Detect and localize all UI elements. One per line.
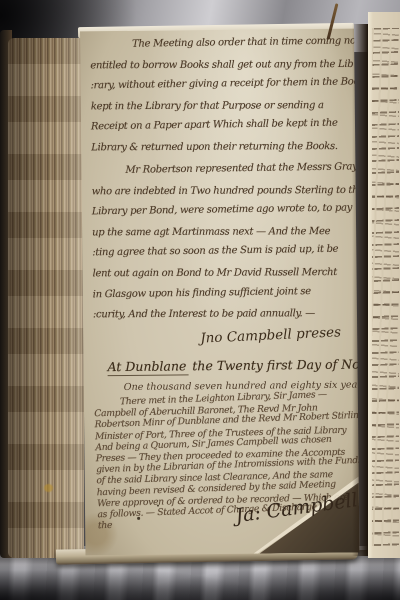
manuscript-line: in Glasgow upon his finding sufficient j…: [93, 281, 355, 305]
manuscript-line: Receipt on a Paper apart Which shall be …: [91, 114, 353, 138]
manuscript-line: :curity, And the Interest to be paid ann…: [93, 304, 355, 326]
manuscript-line: Mr Robertson represented that the Messrs…: [91, 157, 353, 181]
manuscript-line: Library per Bond, were sometime ago wrot…: [92, 199, 354, 223]
manuscript-line: Library & returned upon their returning …: [91, 137, 353, 159]
page-gutter: [352, 24, 368, 556]
minute-entry1-paragraph2: Mr Robertson represented that the Messrs…: [91, 159, 355, 326]
manuscript-line: :rary, without either giving a receipt f…: [90, 73, 352, 97]
minute-entry1-paragraph1: The Meeting also order that in time comi…: [90, 33, 353, 159]
entry-date-heading: At Dunblanethe Twenty first Day of Nov: [107, 356, 359, 374]
manuscript-page: The Meeting also order that in time comi…: [80, 29, 359, 556]
ink-speck: [137, 517, 140, 520]
manuscript-line: The Meeting also order that in time comi…: [90, 31, 352, 55]
page-stack-fore-edge: [8, 38, 84, 558]
facing-page-script-lines: [372, 28, 399, 546]
stain-spot: [44, 484, 53, 492]
heading-date: the Twenty first Day of Nov: [192, 356, 359, 373]
facing-page-edge: [368, 12, 400, 558]
heading-place: At Dunblane: [107, 358, 188, 376]
manuscript-photograph: The Meeting also order that in time comi…: [0, 0, 400, 600]
manuscript-line: :ting agree that so soon as the Sum is p…: [92, 240, 354, 264]
ink-speck: [157, 505, 159, 507]
signature-john-campbell: Jno Campbell preses: [200, 324, 341, 346]
